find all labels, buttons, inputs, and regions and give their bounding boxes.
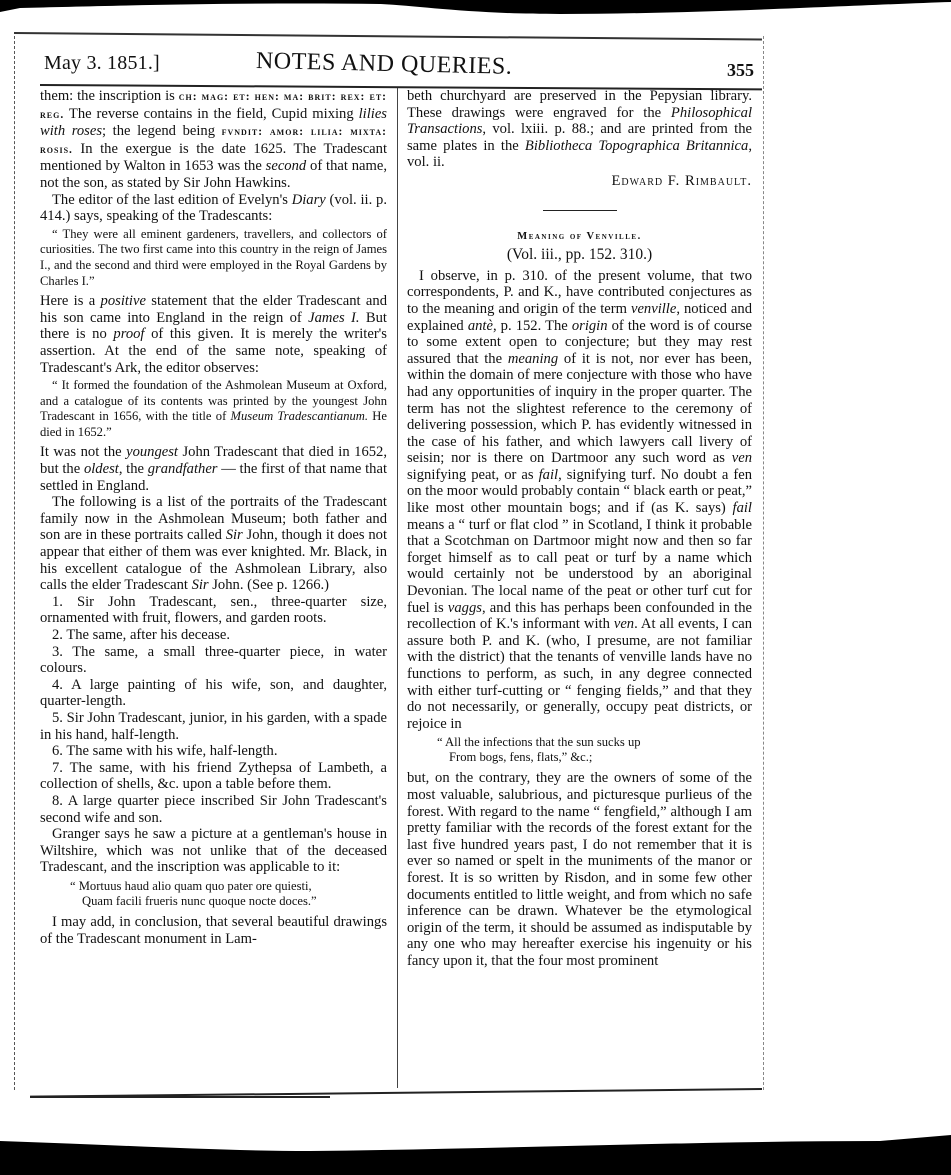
paragraph: It was not the youngest John Tradescant … bbox=[40, 444, 387, 494]
paragraph: beth churchyard are preserved in the Pep… bbox=[407, 88, 752, 171]
section-reference: (Vol. iii., pp. 152. 310.) bbox=[407, 247, 752, 264]
publication-title: NOTES AND QUERIES. bbox=[256, 48, 513, 81]
paragraph: The following is a list of the portraits… bbox=[40, 494, 387, 594]
portrait-list-item: 4. A large painting of his wife, son, an… bbox=[40, 677, 387, 710]
paragraph: I observe, in p. 310. of the present vol… bbox=[407, 268, 752, 733]
page-number: 355 bbox=[727, 60, 754, 81]
page-header: May 3. 1851.] NOTES AND QUERIES. 355 bbox=[28, 46, 758, 82]
portrait-list-item: 6. The same with his wife, half-length. bbox=[40, 743, 387, 760]
paragraph: them: the inscription is ch: mag: et: he… bbox=[40, 88, 387, 192]
scan-shadow-bottom bbox=[0, 1135, 951, 1175]
section-title: Meaning of Venville. bbox=[407, 229, 752, 246]
section-separator bbox=[543, 210, 617, 211]
paragraph: but, on the contrary, they are the owner… bbox=[407, 770, 752, 969]
scan-shadow-top bbox=[0, 0, 951, 22]
author-signature: Edward F. Rimbault. bbox=[407, 173, 752, 190]
quoted-verse: “ All the infections that the sun sucks … bbox=[437, 735, 752, 765]
paragraph: Here is a positive statement that the el… bbox=[40, 293, 387, 376]
latin-verse: “ Mortuus haud alio quam quo pater ore q… bbox=[70, 879, 387, 909]
block-quote: “ It formed the foundation of the Ashmol… bbox=[40, 378, 387, 440]
right-column: beth churchyard are preserved in the Pep… bbox=[407, 88, 752, 970]
block-quote: “ They were all eminent gardeners, trave… bbox=[40, 227, 387, 289]
left-column: them: the inscription is ch: mag: et: he… bbox=[40, 88, 387, 947]
portrait-list-item: 5. Sir John Tradescant, junior, in his g… bbox=[40, 710, 387, 743]
portrait-list-item: 3. The same, a small three-quarter piece… bbox=[40, 644, 387, 677]
portrait-list-item: 1. Sir John Tradescant, sen., three-quar… bbox=[40, 594, 387, 627]
portrait-list-item: 2. The same, after his decease. bbox=[40, 627, 387, 644]
paragraph: Granger says he saw a picture at a gentl… bbox=[40, 826, 387, 876]
portrait-list-item: 7. The same, with his friend Zythepsa of… bbox=[40, 760, 387, 793]
portrait-list-item: 8. A large quarter piece inscribed Sir J… bbox=[40, 793, 387, 826]
column-divider bbox=[397, 88, 398, 1088]
issue-date: May 3. 1851.] bbox=[44, 52, 160, 75]
paragraph: I may add, in conclusion, that several b… bbox=[40, 914, 387, 947]
bottom-border-rule bbox=[30, 1096, 330, 1098]
paragraph: The editor of the last edition of Evelyn… bbox=[40, 192, 387, 225]
